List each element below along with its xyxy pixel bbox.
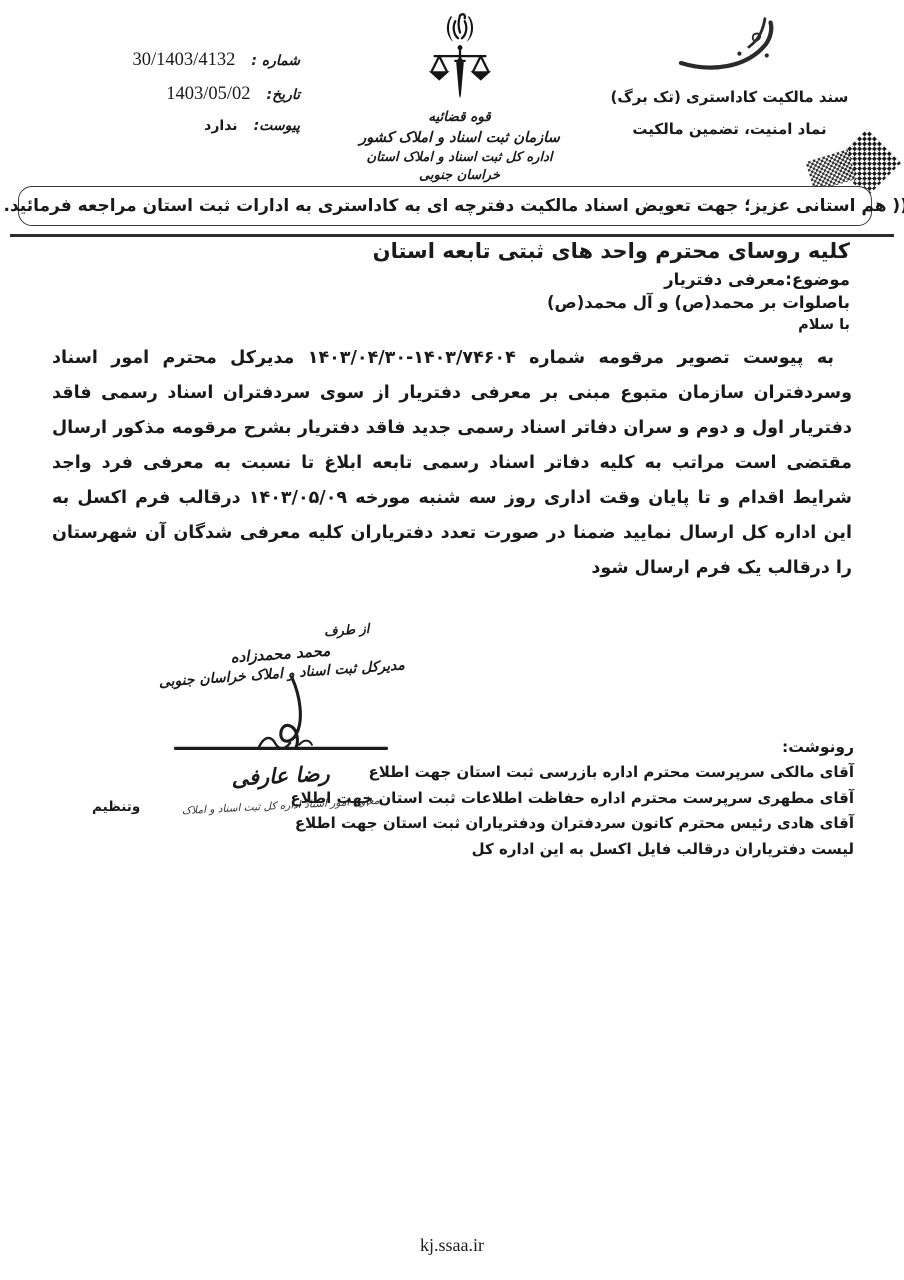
meta-row-number: شماره : 30/1403/4132 bbox=[22, 50, 300, 78]
date-value: 1403/05/02 bbox=[166, 84, 250, 105]
letter-page: شماره : 30/1403/4132 تاریخ: 1403/05/02 پ… bbox=[0, 0, 904, 1280]
subject-line: موضوع:معرفی دفتریار bbox=[373, 268, 850, 291]
cc-label: رونوشت: bbox=[290, 734, 854, 760]
date-label: تاریخ: bbox=[267, 87, 300, 103]
security-slogan: نماد امنیت، تضمین مالکیت bbox=[592, 120, 867, 138]
office-title: اداره کل ثبت اسناد و املاک استان خراسان … bbox=[352, 149, 567, 187]
greeting-line: با سلام bbox=[373, 314, 850, 336]
letter-body: به پیوست تصویر مرقومه شماره ۱۴۰۳/۷۴۶۰۴-۱… bbox=[52, 341, 852, 586]
recipient-line: کلیه روسای محترم واحد های ثبتی تابعه است… bbox=[373, 239, 850, 263]
footer-url: kj.ssaa.ir bbox=[0, 1235, 904, 1256]
header-divider bbox=[10, 234, 894, 237]
letter-heading: کلیه روسای محترم واحد های ثبتی تابعه است… bbox=[373, 239, 850, 336]
cc-item: آقای مطهری سرپرست محترم اداره حفاظت اطلا… bbox=[290, 786, 854, 812]
side-note: وتنظیم bbox=[92, 799, 140, 815]
cc-item: لیست دفتریاران درقالب فایل اکسل به این ا… bbox=[290, 837, 854, 863]
organization-title: سازمان ثبت اسناد و املاک کشور bbox=[352, 128, 567, 149]
cc-item: آقای هادی رئیس محترم کانون سردفتران ودفت… bbox=[290, 811, 854, 837]
header-right: سند مالکیت کاداستری (تک برگ) نماد امنیت،… bbox=[592, 14, 867, 138]
cc-item: آقای مالکی سرپرست محترم اداره بازرسی ثبت… bbox=[290, 760, 854, 786]
judiciary-title: قوه قضائیه bbox=[352, 108, 567, 128]
meta-row-attachment: پیوست: ندارد bbox=[22, 118, 300, 146]
number-value: 30/1403/4132 bbox=[133, 50, 236, 71]
salawat-line: باصلوات بر محمد(ص) و آل محمد(ص) bbox=[373, 291, 850, 314]
judiciary-emblem-icon bbox=[427, 10, 493, 106]
meta-row-date: تاریخ: 1403/05/02 bbox=[22, 84, 300, 112]
attachment-label: پیوست: bbox=[254, 118, 300, 134]
cc-block: رونوشت: آقای مالکی سرپرست محترم اداره با… bbox=[290, 734, 854, 862]
letter-meta: شماره : 30/1403/4132 تاریخ: 1403/05/02 پ… bbox=[22, 50, 300, 152]
notice-banner-text: (( هم استانی عزیز؛ جهت تعویض اسناد مالکی… bbox=[0, 196, 904, 216]
header-center: قوه قضائیه سازمان ثبت اسناد و املاک کشور… bbox=[352, 10, 567, 186]
attachment-value: ندارد bbox=[204, 118, 237, 134]
besmellah-calligraphy-icon bbox=[672, 14, 788, 80]
number-label: شماره : bbox=[251, 53, 300, 69]
notice-banner: (( هم استانی عزیز؛ جهت تعویض اسناد مالکی… bbox=[18, 186, 872, 226]
cadastral-deed-slogan: سند مالکیت کاداستری (تک برگ) bbox=[592, 88, 867, 106]
